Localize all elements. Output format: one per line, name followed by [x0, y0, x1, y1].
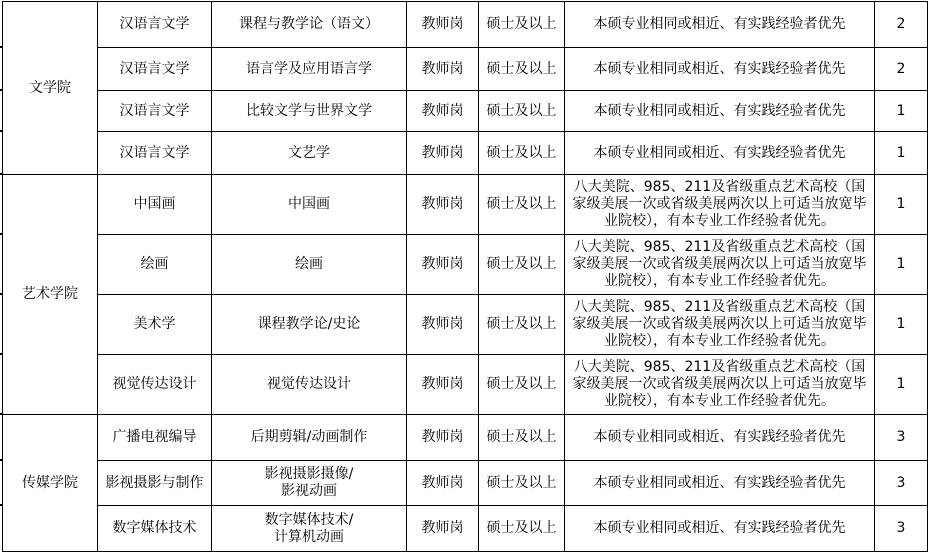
requirement-cell: 本硕专业相同或相近、有实践经验者优先	[565, 91, 875, 132]
direction-cell: 课程与教学论（语文）	[212, 2, 407, 48]
requirement-cell: 本硕专业相同或相近、有实践经验者优先	[565, 415, 875, 461]
post-cell: 教师岗	[407, 175, 479, 235]
table-row: 数字媒体技术 数字媒体技术/ 计算机动画 教师岗 硕士及以上 本硕专业相同或相近…	[3, 506, 928, 552]
table-row: 视觉传达设计 视觉传达设计 教师岗 硕士及以上 八大美院、985、211及省级重…	[3, 355, 928, 415]
degree-cell: 硕士及以上	[479, 415, 565, 461]
table-row: 传媒学院 广播电视编导 后期剪辑/动画制作 教师岗 硕士及以上 本硕专业相同或相…	[3, 415, 928, 461]
major-cell: 影视摄影与制作	[98, 461, 212, 506]
count-cell: 2	[875, 2, 928, 48]
major-cell: 数字媒体技术	[98, 506, 212, 552]
post-cell: 教师岗	[407, 355, 479, 415]
post-cell: 教师岗	[407, 91, 479, 132]
major-cell: 中国画	[98, 175, 212, 235]
direction-line: 影视动画	[214, 483, 404, 500]
post-cell: 教师岗	[407, 2, 479, 48]
count-cell: 1	[875, 355, 928, 415]
requirement-cell: 八大美院、985、211及省级重点艺术高校（国家级美展一次或省级美展两次以上可适…	[565, 295, 875, 355]
direction-line: 影视摄影摄像/	[214, 466, 404, 483]
table-row: 影视摄影与制作 影视摄影摄像/ 影视动画 教师岗 硕士及以上 本硕专业相同或相近…	[3, 461, 928, 506]
degree-cell: 硕士及以上	[479, 91, 565, 132]
major-cell: 广播电视编导	[98, 415, 212, 461]
major-cell: 汉语言文学	[98, 2, 212, 48]
direction-cell: 文艺学	[212, 132, 407, 175]
count-cell: 1	[875, 91, 928, 132]
major-cell: 绘画	[98, 235, 212, 295]
degree-cell: 硕士及以上	[479, 355, 565, 415]
count-cell: 3	[875, 415, 928, 461]
direction-cell: 语言学及应用语言学	[212, 48, 407, 91]
requirement-cell: 八大美院、985、211及省级重点艺术高校（国家级美展一次或省级美展两次以上可适…	[565, 355, 875, 415]
direction-line: 计算机动画	[214, 529, 404, 546]
direction-cell: 中国画	[212, 175, 407, 235]
major-cell: 汉语言文学	[98, 48, 212, 91]
requirement-cell: 本硕专业相同或相近、有实践经验者优先	[565, 132, 875, 175]
requirement-cell: 八大美院、985、211及省级重点艺术高校（国家级美展一次或省级美展两次以上可适…	[565, 175, 875, 235]
post-cell: 教师岗	[407, 235, 479, 295]
college-cell: 文学院	[3, 2, 98, 175]
direction-cell: 课程教学论/史论	[212, 295, 407, 355]
college-cell: 艺术学院	[3, 175, 98, 415]
degree-cell: 硕士及以上	[479, 295, 565, 355]
post-cell: 教师岗	[407, 48, 479, 91]
direction-cell: 数字媒体技术/ 计算机动画	[212, 506, 407, 552]
degree-cell: 硕士及以上	[479, 461, 565, 506]
table-row: 艺术学院 中国画 中国画 教师岗 硕士及以上 八大美院、985、211及省级重点…	[3, 175, 928, 235]
table-row: 汉语言文学 文艺学 教师岗 硕士及以上 本硕专业相同或相近、有实践经验者优先 1	[3, 132, 928, 175]
major-cell: 汉语言文学	[98, 132, 212, 175]
degree-cell: 硕士及以上	[479, 132, 565, 175]
count-cell: 1	[875, 235, 928, 295]
requirement-cell: 本硕专业相同或相近、有实践经验者优先	[565, 461, 875, 506]
direction-line: 数字媒体技术/	[214, 512, 404, 529]
count-cell: 2	[875, 48, 928, 91]
post-cell: 教师岗	[407, 461, 479, 506]
requirement-cell: 本硕专业相同或相近、有实践经验者优先	[565, 2, 875, 48]
requirement-cell: 本硕专业相同或相近、有实践经验者优先	[565, 506, 875, 552]
degree-cell: 硕士及以上	[479, 175, 565, 235]
post-cell: 教师岗	[407, 415, 479, 461]
table-row: 汉语言文学 语言学及应用语言学 教师岗 硕士及以上 本硕专业相同或相近、有实践经…	[3, 48, 928, 91]
table-row: 绘画 绘画 教师岗 硕士及以上 八大美院、985、211及省级重点艺术高校（国家…	[3, 235, 928, 295]
major-cell: 美术学	[98, 295, 212, 355]
post-cell: 教师岗	[407, 132, 479, 175]
table-row: 汉语言文学 比较文学与世界文学 教师岗 硕士及以上 本硕专业相同或相近、有实践经…	[3, 91, 928, 132]
recruitment-table: 文学院 汉语言文学 课程与教学论（语文） 教师岗 硕士及以上 本硕专业相同或相近…	[2, 1, 928, 552]
direction-cell: 绘画	[212, 235, 407, 295]
direction-cell: 视觉传达设计	[212, 355, 407, 415]
degree-cell: 硕士及以上	[479, 235, 565, 295]
direction-cell: 影视摄影摄像/ 影视动画	[212, 461, 407, 506]
requirement-cell: 本硕专业相同或相近、有实践经验者优先	[565, 48, 875, 91]
major-cell: 汉语言文学	[98, 91, 212, 132]
post-cell: 教师岗	[407, 506, 479, 552]
degree-cell: 硕士及以上	[479, 2, 565, 48]
post-cell: 教师岗	[407, 295, 479, 355]
count-cell: 3	[875, 461, 928, 506]
count-cell: 1	[875, 295, 928, 355]
degree-cell: 硕士及以上	[479, 48, 565, 91]
direction-cell: 后期剪辑/动画制作	[212, 415, 407, 461]
count-cell: 1	[875, 132, 928, 175]
count-cell: 1	[875, 175, 928, 235]
table-row: 文学院 汉语言文学 课程与教学论（语文） 教师岗 硕士及以上 本硕专业相同或相近…	[3, 2, 928, 48]
table-row: 美术学 课程教学论/史论 教师岗 硕士及以上 八大美院、985、211及省级重点…	[3, 295, 928, 355]
college-cell: 传媒学院	[3, 415, 98, 552]
degree-cell: 硕士及以上	[479, 506, 565, 552]
major-cell: 视觉传达设计	[98, 355, 212, 415]
count-cell: 3	[875, 506, 928, 552]
requirement-cell: 八大美院、985、211及省级重点艺术高校（国家级美展一次或省级美展两次以上可适…	[565, 235, 875, 295]
direction-cell: 比较文学与世界文学	[212, 91, 407, 132]
